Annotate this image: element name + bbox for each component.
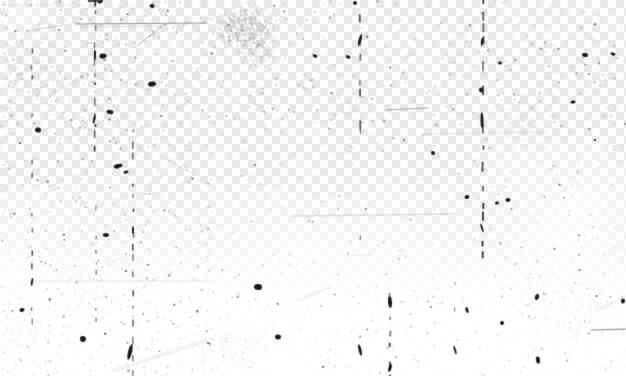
grunge-texture-canvas: [0, 0, 626, 376]
texture-stage: [0, 0, 626, 376]
